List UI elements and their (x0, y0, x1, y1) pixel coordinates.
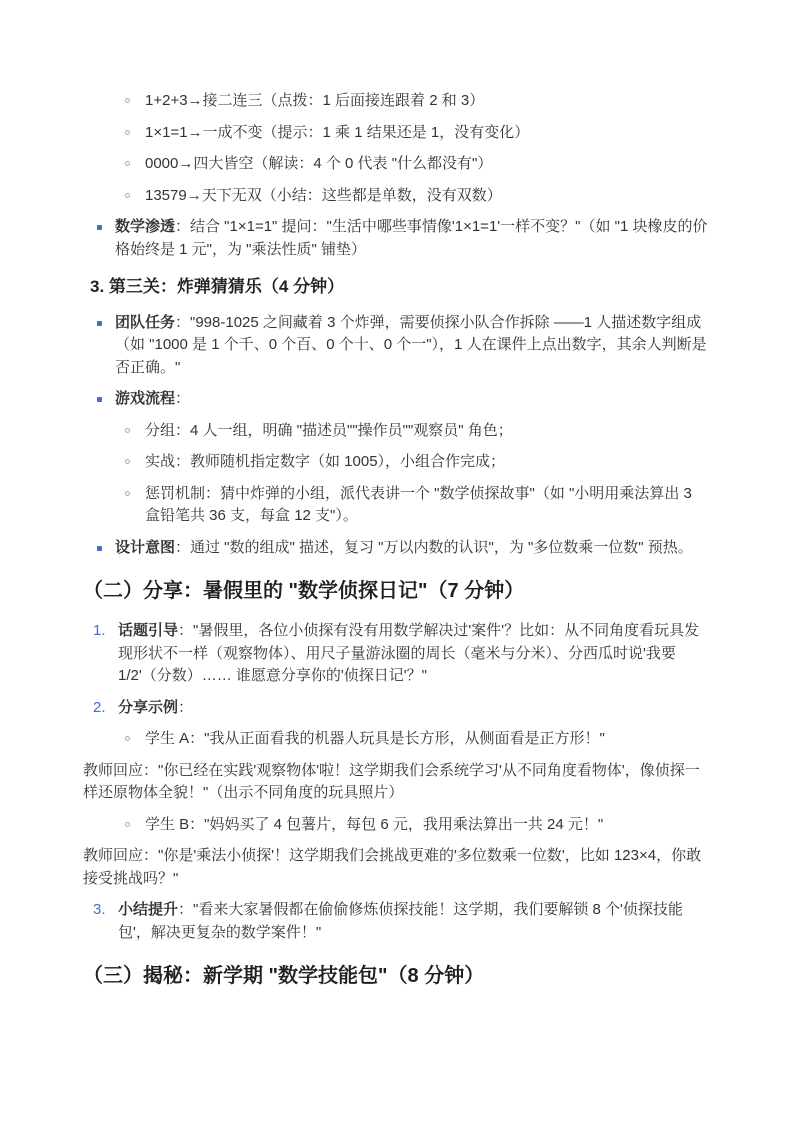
list-item-text: ："暑假里，各位小侦探有没有用数学解决过'案件'？比如：从不同角度看玩具发现形状… (118, 622, 699, 684)
list-item-text: 分组：4 人一组，明确 "描述员""操作员""观察员" 角色； (145, 422, 513, 439)
section-heading-share: （二）分享：暑假里的 "数学侦探日记"（7 分钟） (83, 577, 710, 605)
list-item-label: 游戏流程 (115, 390, 175, 407)
list-item: 学生 B："妈妈买了 4 包薯片，每包 6 元，我用乘法算出一共 24 元！" (83, 814, 710, 837)
list-item-label: 设计意图 (115, 539, 175, 556)
circle-bullet-icon (125, 491, 130, 496)
list-item-text: 0000→四大皆空（解读：4 个 0 代表 "什么都没有"） (145, 155, 492, 172)
list-item: 学生 A："我从正面看我的机器人玩具是长方形，从侧面看是正方形！" (83, 728, 710, 751)
circle-bullet-icon (125, 161, 130, 166)
circle-bullet-icon (125, 130, 130, 135)
list-item: 数学渗透：结合 "1×1=1" 提问："生活中哪些事情像'1×1=1'一样不变？… (83, 216, 710, 261)
list-item-text: ： (175, 390, 190, 407)
list-item-text: 1×1=1→一成不变（提示：1 乘 1 结果还是 1，没有变化） (145, 124, 529, 141)
bullet-icon (97, 225, 102, 230)
list-item-text: ："998-1025 之间藏着 3 个炸弹，需要侦探小队合作拆除 ——1 人描述… (115, 314, 707, 376)
section-heading-reveal: （三）揭秘：新学期 "数学技能包"（8 分钟） (83, 962, 710, 990)
list-item-text: 惩罚机制：猜中炸弹的小组，派代表讲一个 "数学侦探故事"（如 "小明用乘法算出 … (145, 485, 692, 525)
numbered-item: 3. 小结提升："看来大家暑假都在偷偷修炼侦探技能！这学期，我们要解锁 8 个'… (83, 899, 710, 944)
list-item: 游戏流程： (83, 388, 710, 411)
list-item-text: 学生 A："我从正面看我的机器人玩具是长方形，从侧面看是正方形！" (145, 730, 605, 747)
list-item: 分组：4 人一组，明确 "描述员""操作员""观察员" 角色； (83, 420, 710, 443)
circle-bullet-icon (125, 428, 130, 433)
list-item: 1×1=1→一成不变（提示：1 乘 1 结果还是 1，没有变化） (83, 122, 710, 145)
item-number: 1. (93, 620, 106, 643)
document-page: 1+2+3→接二连三（点拨：1 后面接连跟着 2 和 3） 1×1=1→一成不变… (0, 0, 793, 1122)
bullet-icon (97, 321, 102, 326)
circle-bullet-icon (125, 459, 130, 464)
circle-bullet-icon (125, 193, 130, 198)
list-item-label: 话题引导 (118, 622, 178, 639)
list-item-text: 实战：教师随机指定数字（如 1005），小组合作完成； (145, 453, 505, 470)
teacher-reply-paragraph: 教师回应："你已经在实践'观察物体'啦！这学期我们会系统学习'从不同角度看物体'… (83, 760, 710, 805)
list-item-label: 小结提升 (118, 901, 178, 918)
teacher-reply-paragraph: 教师回应："你是'乘法小侦探'！这学期我们会挑战更难的'多位数乘一位数'，比如 … (83, 845, 710, 890)
list-item-label: 分享示例 (118, 699, 178, 716)
item-number: 3. (93, 899, 106, 922)
list-item-text: ： (178, 699, 193, 716)
circle-bullet-icon (125, 736, 130, 741)
list-item: 1+2+3→接二连三（点拨：1 后面接连跟着 2 和 3） (83, 90, 710, 113)
numbered-item: 2. 分享示例： (83, 697, 710, 720)
list-item: 惩罚机制：猜中炸弹的小组，派代表讲一个 "数学侦探故事"（如 "小明用乘法算出 … (83, 483, 710, 528)
circle-bullet-icon (125, 98, 130, 103)
list-item-label: 数学渗透 (115, 218, 175, 235)
list-item: 团队任务："998-1025 之间藏着 3 个炸弹，需要侦探小队合作拆除 ——1… (83, 312, 710, 380)
list-item: 实战：教师随机指定数字（如 1005），小组合作完成； (83, 451, 710, 474)
list-item-text: ：结合 "1×1=1" 提问："生活中哪些事情像'1×1=1'一样不变？"（如 … (115, 218, 707, 258)
item-number: 2. (93, 697, 106, 720)
list-item: 0000→四大皆空（解读：4 个 0 代表 "什么都没有"） (83, 153, 710, 176)
list-item-text: 1+2+3→接二连三（点拨：1 后面接连跟着 2 和 3） (145, 92, 484, 109)
list-item-text: 13579→天下无双（小结：这些都是单数，没有双数） (145, 187, 502, 204)
section-heading-game3: 3. 第三关：炸弹猜猜乐（4 分钟） (90, 275, 710, 299)
list-item-text: 学生 B："妈妈买了 4 包薯片，每包 6 元，我用乘法算出一共 24 元！" (145, 816, 603, 833)
bullet-icon (97, 546, 102, 551)
circle-bullet-icon (125, 822, 130, 827)
list-item-text: ：通过 "数的组成" 描述，复习 "万以内数的认识"，为 "多位数乘一位数" 预… (175, 539, 693, 556)
bullet-icon (97, 397, 102, 402)
numbered-item: 1. 话题引导："暑假里，各位小侦探有没有用数学解决过'案件'？比如：从不同角度… (83, 620, 710, 688)
list-item: 设计意图：通过 "数的组成" 描述，复习 "万以内数的认识"，为 "多位数乘一位… (83, 537, 710, 560)
list-item-label: 团队任务 (115, 314, 175, 331)
list-item-text: ："看来大家暑假都在偷偷修炼侦探技能！这学期，我们要解锁 8 个'侦探技能包'，… (118, 901, 683, 941)
list-item: 13579→天下无双（小结：这些都是单数，没有双数） (83, 185, 710, 208)
